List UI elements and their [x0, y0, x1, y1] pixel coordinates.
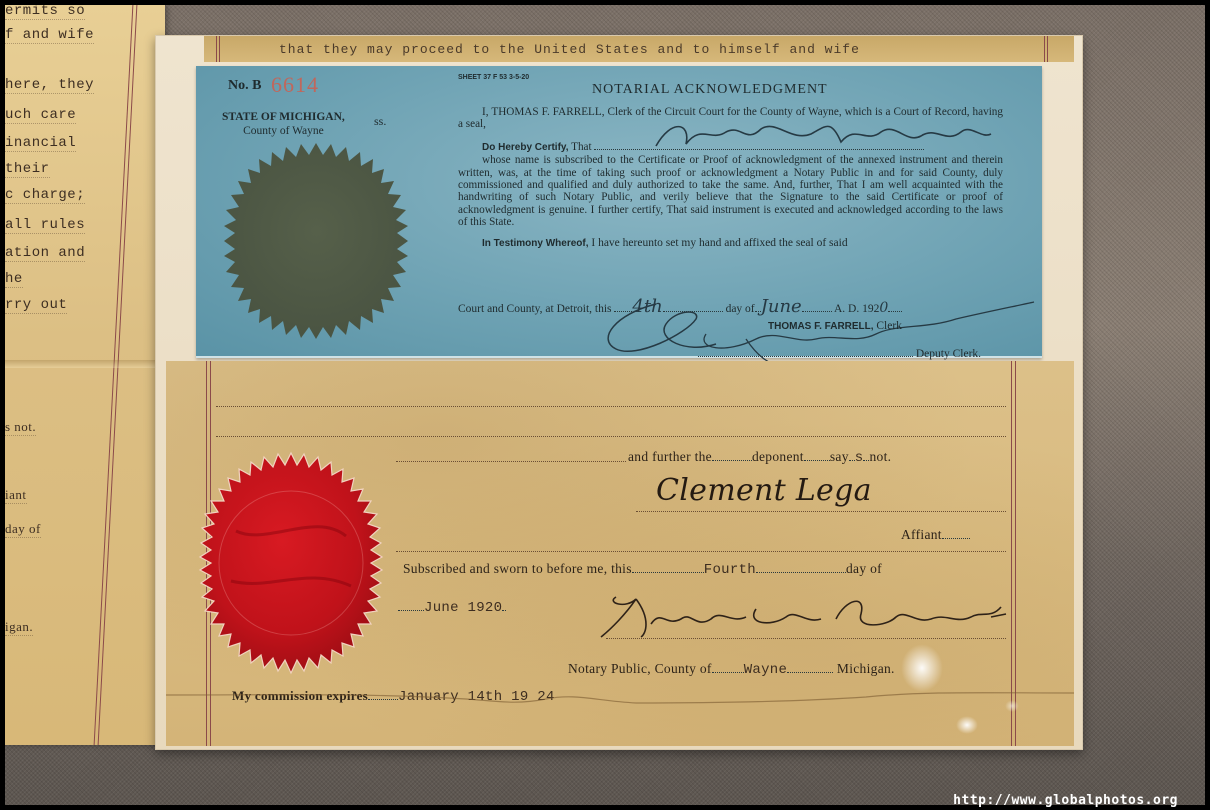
margin-rule [1044, 36, 1048, 62]
notary-prefix: Notary Public, County of [568, 661, 712, 676]
deponent-line: and further thedeponentsaysnot. [628, 449, 891, 466]
typed-line: all rules [5, 217, 85, 234]
affiant-signature-line [636, 511, 1006, 512]
testimony-label: In Testimony Whereof, [482, 238, 589, 249]
notary-county-line: Notary Public, County ofWayne Michigan. [568, 661, 895, 678]
typed-line: f and wife [5, 27, 94, 44]
typed-line: rry out [5, 297, 67, 314]
affiant-signature: Clement Lega [656, 473, 872, 508]
sworn-month-year: June 1920 [424, 600, 502, 616]
deponent-prefix: and further the [628, 449, 712, 464]
say-word: say [830, 449, 849, 464]
day-of-label: day of [846, 561, 882, 576]
clerk-title: Clerk [876, 320, 902, 332]
printed-line: igan. [5, 619, 33, 636]
date-prefix: Court and County, at Detroit, this [458, 303, 612, 315]
certify-body: whose name is subscribed to the Certific… [458, 154, 1003, 228]
deputy-clerk-line: Deputy Clerk. [698, 348, 981, 360]
signature-line [594, 149, 924, 150]
glass-glare [956, 716, 978, 734]
typed-line: inancial [5, 135, 76, 152]
embossed-seal-icon [209, 141, 424, 341]
glass-glare [1005, 700, 1019, 712]
typed-line: here, they [5, 77, 94, 94]
document-sheet: that they may proceed to the United Stat… [155, 35, 1083, 750]
page-fold [5, 360, 155, 368]
day-of-label: day of [726, 303, 755, 315]
typed-line: uch care [5, 107, 76, 124]
state-line: STATE OF MICHIGAN, [222, 110, 345, 124]
typed-line: he [5, 271, 23, 288]
printed-line: day of [5, 521, 41, 538]
sheet-code: SHEET 37 F 53 3-5-20 [458, 74, 529, 81]
notary-state: Michigan. [837, 661, 895, 676]
blank-line [396, 461, 626, 462]
ss-bracket: ss. [374, 114, 386, 129]
certify-paragraph: Do Hereby Certify, That whose name is su… [458, 141, 1003, 229]
affidavit-section: and further thedeponentsaysnot. Clement … [166, 361, 1074, 746]
say-s-typed: s [855, 450, 864, 466]
water-stain-line [166, 691, 1074, 711]
typed-line: their [5, 161, 50, 178]
clerk-name: THOMAS F. FARRELL, [768, 321, 874, 332]
clerk-signature-block: THOMAS F. FARRELL, Clerk [768, 320, 902, 332]
certify-that: That [571, 141, 592, 153]
day-handwritten: 4th [632, 296, 662, 317]
typed-line: c charge; [5, 187, 85, 204]
printed-line: s not. [5, 419, 36, 436]
sworn-day-typed: Fourth [704, 562, 756, 578]
certificate-number: 6614 [271, 72, 319, 98]
certify-label: Do Hereby Certify, [482, 142, 569, 153]
certificate-number-label: No. B [228, 78, 261, 94]
watermark-url: http://www.globalphotos.org [953, 793, 1178, 808]
testimony-text: I have hereunto set my hand and affixed … [591, 237, 847, 249]
margin-rule [1011, 361, 1016, 746]
margin-rule [216, 36, 220, 62]
blank-line [396, 551, 1006, 552]
venue-block: STATE OF MICHIGAN, County of Wayne [222, 110, 345, 138]
notary-county-typed: Wayne [744, 662, 788, 678]
sworn-month-year-line: June 1920 [398, 599, 506, 616]
margin-rule [94, 5, 138, 745]
certificate-title: NOTARIAL ACKNOWLEDGMENT [592, 82, 828, 98]
printed-line: iant [5, 487, 27, 504]
not-word: not. [869, 449, 891, 464]
execution-date-line: Court and County, at Detroit, this 4th d… [458, 296, 902, 317]
photo-frame: ermits so f and wife here, they uch care… [5, 5, 1205, 805]
year-prefix: A. D. 192 [834, 303, 879, 315]
county-line: County of Wayne [222, 124, 345, 138]
clerk-paragraph: I, THOMAS F. FARRELL, Clerk of the Circu… [458, 106, 1003, 131]
testimony-paragraph: In Testimony Whereof, I have hereunto se… [458, 237, 1003, 250]
left-partial-page: ermits so f and wife here, they uch care… [5, 5, 165, 745]
blank-line [216, 406, 1006, 407]
sworn-prefix: Subscribed and sworn to before me, this [403, 561, 632, 576]
notary-signature-scrawl-icon [596, 589, 1016, 639]
notarial-acknowledgment-certificate: No. B 6614 SHEET 37 F 53 3-5-20 NOTARIAL… [196, 66, 1042, 358]
affiant-label: Affiant [901, 527, 970, 543]
blank-line [216, 436, 1006, 437]
certificate-body: I, THOMAS F. FARRELL, Clerk of the Circu… [458, 106, 1003, 250]
red-notary-seal-icon [176, 451, 406, 681]
sworn-line: Subscribed and sworn to before me, thisF… [403, 561, 882, 578]
deponent-word: deponent [752, 449, 804, 464]
typed-line: ation and [5, 245, 85, 262]
deputy-title: Deputy Clerk. [916, 348, 981, 360]
glass-glare [901, 644, 943, 692]
top-typed-strip: that they may proceed to the United Stat… [204, 36, 1074, 62]
year-handwritten: 0 [879, 300, 888, 316]
notary-signature-line [606, 638, 1006, 639]
month-handwritten: June [761, 296, 802, 317]
typed-line: ermits so [5, 5, 85, 20]
typed-line: that they may proceed to the United Stat… [279, 42, 860, 57]
